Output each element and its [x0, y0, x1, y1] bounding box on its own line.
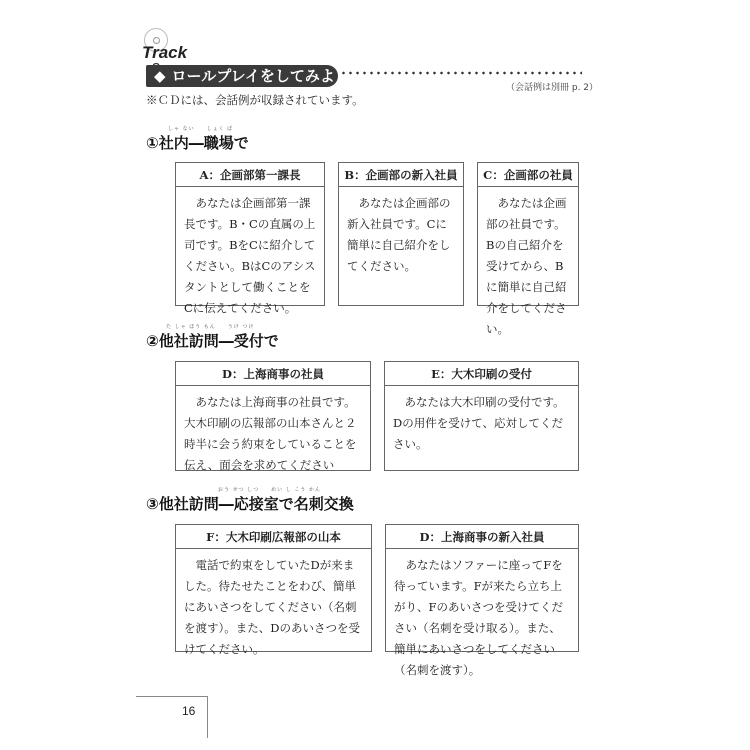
page-rule-horizontal [136, 696, 207, 697]
role-card-header: B：企画部の新入社員 [339, 163, 463, 187]
section-ruby: た しゃ ほう もん うけ つけ [166, 323, 254, 330]
role-card-f: F：大木印刷広報部の山本 電話で約束をしていたDが来ました。待たせたことをわび、… [175, 524, 372, 652]
section-title-text: ③他社訪問―応接室で名刺交換 [146, 495, 354, 513]
section-banner: ◆ロールプレイをしてみよう [146, 65, 338, 87]
role-card-body: 電話で約束をしていたDが来ました。待たせたことをわび、簡単にあいさつをしてくださ… [176, 549, 371, 660]
page-rule-vertical [207, 696, 208, 738]
role-card-header: A：企画部第一課長 [176, 163, 324, 187]
dotted-leader [340, 70, 582, 76]
role-card-body: あなたは企画部の新入社員です。Cに簡単に自己紹介をしてください。 [339, 187, 463, 277]
role-card-body: あなたは企画部第一課長です。B・Cの直属の上司です。BをCに紹介してください。B… [176, 187, 324, 319]
role-card-header: F：大木印刷広報部の山本 [176, 525, 371, 549]
diamond-icon: ◆ [154, 67, 166, 85]
role-card-header: D：上海商事の社員 [176, 362, 370, 386]
reference-note: （会話例は別冊 p. 2） [506, 80, 598, 93]
role-card-body: あなたは企画部の社員です。Bの自己紹介を受けてから、Bに簡単に自己紹介をしてくだ… [478, 187, 578, 340]
section-title-2: た しゃ ほう もん うけ つけ ②他社訪問―受付で [146, 330, 279, 351]
role-card-d-new: D：上海商事の新入社員 あなたはソファーに座ってFを待っています。Fが来たら立ち… [385, 524, 579, 652]
role-card-header: D：上海商事の新入社員 [386, 525, 578, 549]
role-card-header: C：企画部の社員 [478, 163, 578, 187]
section-title-3: おう せつ しつ めい し こう かん ③他社訪問―応接室で名刺交換 [146, 493, 354, 514]
role-card-b: B：企画部の新入社員 あなたは企画部の新入社員です。Cに簡単に自己紹介をしてくだ… [338, 162, 464, 306]
role-card-a: A：企画部第一課長 あなたは企画部第一課長です。B・Cの直属の上司です。BをCに… [175, 162, 325, 306]
section-title-1: しゃ ない しょく ば ①社内―職場で [146, 132, 249, 153]
section-ruby: しゃ ない しょく ば [168, 125, 233, 132]
section-title-text: ①社内―職場で [146, 134, 249, 152]
section-title-text: ②他社訪問―受付で [146, 332, 279, 350]
role-card-body: あなたは大木印刷の受付です。Dの用件を受けて、応対してください。 [385, 386, 578, 455]
role-card-body: あなたは上海商事の社員です。大木印刷の広報部の山本さんと２時半に会う約束をしてい… [176, 386, 370, 476]
role-card-header: E：大木印刷の受付 [385, 362, 578, 386]
page-number: 16 [182, 704, 195, 718]
role-card-d: D：上海商事の社員 あなたは上海商事の社員です。大木印刷の広報部の山本さんと２時… [175, 361, 371, 471]
role-card-e: E：大木印刷の受付 あなたは大木印刷の受付です。Dの用件を受けて、応対してくださ… [384, 361, 579, 471]
section-ruby: おう せつ しつ めい し こう かん [218, 486, 321, 493]
role-card-c: C：企画部の社員 あなたは企画部の社員です。Bの自己紹介を受けてから、Bに簡単に… [477, 162, 579, 306]
role-card-body: あなたはソファーに座ってFを待っています。Fが来たら立ち上がり、Fのあいさつを受… [386, 549, 578, 681]
cd-note: ※ＣＤには、会話例が収録されています。 [146, 92, 364, 108]
track-label: Track [142, 43, 187, 63]
